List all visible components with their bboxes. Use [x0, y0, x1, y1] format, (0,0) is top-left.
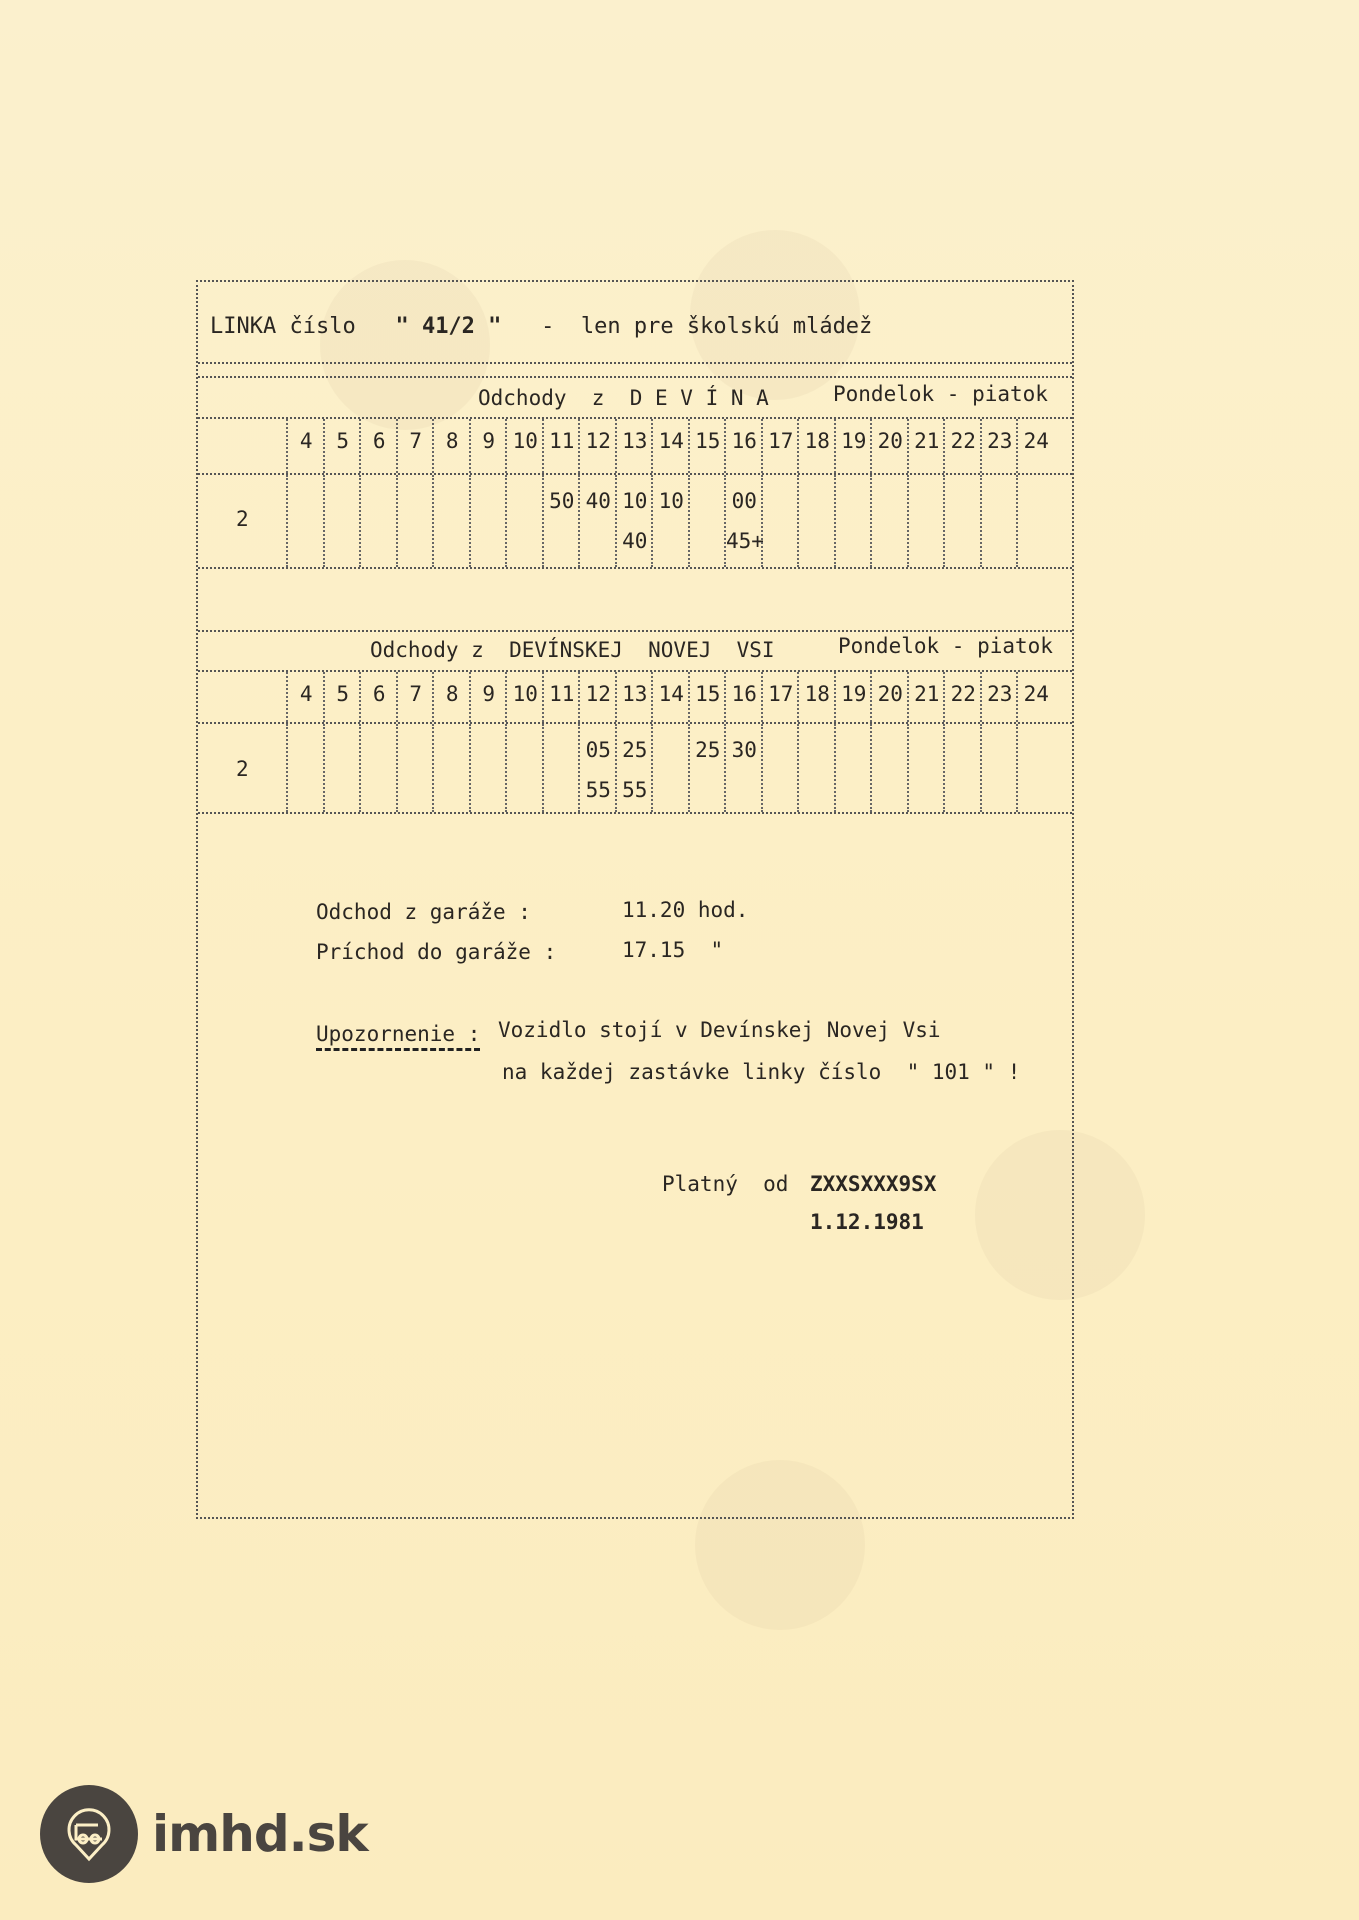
hour-label: 14	[653, 429, 690, 453]
hour-cell-20: 20	[870, 419, 909, 473]
departure-minute: 05	[580, 738, 617, 762]
departure-cell-7	[396, 724, 435, 812]
hour-cell-4: 4	[286, 419, 325, 473]
hour-cell-23: 23	[980, 672, 1019, 722]
hour-cell-5: 5	[323, 419, 362, 473]
table1-departures-row: 50401040100045+	[198, 475, 1072, 567]
hour-cell-17: 17	[761, 419, 800, 473]
departure-cell-8	[432, 724, 471, 812]
hour-label: 22	[945, 429, 982, 453]
departure-cell-5	[323, 724, 362, 812]
hour-label: 17	[763, 429, 800, 453]
notice-line1: Vozidlo stojí v Devínskej Novej Vsi	[498, 1018, 941, 1042]
table2-row-label: 2	[236, 757, 249, 781]
divider	[198, 567, 1072, 569]
departure-cell-7	[396, 475, 435, 567]
hour-label: 20	[872, 429, 909, 453]
divider	[198, 812, 1072, 814]
hour-label: 12	[580, 429, 617, 453]
departure-minute: 45+	[726, 529, 763, 553]
departure-cell-5	[323, 475, 362, 567]
hour-cell-12: 12	[578, 419, 617, 473]
notice-label: Upozornenie :	[316, 1022, 480, 1046]
departure-cell-8	[432, 475, 471, 567]
hour-cell-15: 15	[688, 672, 727, 722]
table2-heading: Odchody z DEVÍNSKEJ NOVEJ VSI	[370, 638, 775, 662]
departure-cell-6	[359, 475, 398, 567]
title-prefix: LINKA číslo	[210, 314, 356, 339]
hour-label: 13	[617, 682, 654, 706]
departure-cell-10	[505, 724, 544, 812]
departure-minute: 25	[690, 738, 727, 762]
hour-label: 6	[361, 429, 398, 453]
departure-minute: 10	[653, 489, 690, 513]
garage-departure-label: Odchod z garáže :	[316, 900, 531, 924]
departure-cell-9	[469, 724, 508, 812]
departure-minute: 40	[580, 489, 617, 513]
departure-minute: 55	[617, 778, 654, 802]
hour-label: 20	[872, 682, 909, 706]
line-number: " 41/2 "	[395, 314, 501, 339]
hour-cell-13: 13	[615, 672, 654, 722]
hour-label: 24	[1018, 682, 1055, 706]
departure-cell-23	[980, 724, 1019, 812]
hour-label: 22	[945, 682, 982, 706]
hour-label: 5	[325, 429, 362, 453]
hour-label: 12	[580, 682, 617, 706]
departure-cell-18	[797, 724, 836, 812]
departure-cell-24	[1016, 724, 1055, 812]
hour-cell-10: 10	[505, 419, 544, 473]
hour-cell-18: 18	[797, 419, 836, 473]
hour-cell-6: 6	[359, 672, 398, 722]
departure-cell-13: 2555	[615, 724, 654, 812]
hour-cell-20: 20	[870, 672, 909, 722]
divider	[198, 376, 1072, 378]
hour-cell-9: 9	[469, 672, 508, 722]
departure-cell-24	[1016, 475, 1055, 567]
hour-label: 23	[982, 682, 1019, 706]
hour-label: 9	[471, 682, 508, 706]
hour-label: 21	[909, 682, 946, 706]
hour-cell-8: 8	[432, 419, 471, 473]
table1-hours-row: 456789101112131415161718192021222324	[198, 419, 1072, 473]
hour-cell-9: 9	[469, 419, 508, 473]
departure-minute: 55	[580, 778, 617, 802]
hour-label: 4	[288, 682, 325, 706]
table2-hours-row: 456789101112131415161718192021222324	[198, 672, 1072, 722]
table2-days: Pondelok - piatok	[838, 634, 1053, 658]
departure-cell-14: 10	[651, 475, 690, 567]
departure-cell-14	[651, 724, 690, 812]
hour-cell-14: 14	[651, 419, 690, 473]
divider	[198, 362, 1072, 364]
garage-departure-value: 11.20 hod.	[622, 898, 748, 922]
hour-cell-14: 14	[651, 672, 690, 722]
hour-label: 6	[361, 682, 398, 706]
departure-cell-12: 0555	[578, 724, 617, 812]
hour-label: 19	[836, 429, 873, 453]
departure-cell-23	[980, 475, 1019, 567]
hour-label: 8	[434, 682, 471, 706]
title-suffix: - len pre školskú mládež	[541, 314, 872, 339]
departure-cell-20	[870, 724, 909, 812]
hour-label: 11	[544, 429, 581, 453]
hour-cell-5: 5	[323, 672, 362, 722]
hour-cell-13: 13	[615, 419, 654, 473]
hour-label: 16	[726, 429, 763, 453]
table1-heading: Odchody z D E V Í N A	[478, 386, 769, 410]
hour-label: 14	[653, 682, 690, 706]
departure-cell-18	[797, 475, 836, 567]
departure-cell-16: 0045+	[724, 475, 763, 567]
table2-departures-row: 055525552530	[198, 724, 1072, 812]
bus-pin-icon	[40, 1785, 138, 1883]
hour-cell-24: 24	[1016, 419, 1055, 473]
hour-cell-16: 16	[724, 419, 763, 473]
hour-label: 21	[909, 429, 946, 453]
departure-cell-21	[907, 475, 946, 567]
departure-minute: 00	[726, 489, 763, 513]
departure-cell-11: 50	[542, 475, 581, 567]
hour-label: 8	[434, 429, 471, 453]
departure-cell-21	[907, 724, 946, 812]
departure-cell-22	[943, 724, 982, 812]
hour-cell-11: 11	[542, 419, 581, 473]
hour-label: 16	[726, 682, 763, 706]
departure-minute: 30	[726, 738, 763, 762]
document-title: LINKA číslo " 41/2 " - len pre školskú m…	[210, 314, 872, 339]
hour-label: 24	[1018, 429, 1055, 453]
hour-label: 15	[690, 429, 727, 453]
hour-cell-21: 21	[907, 672, 946, 722]
departure-cell-15: 25	[688, 724, 727, 812]
hour-cell-8: 8	[432, 672, 471, 722]
imhd-logo[interactable]: imhd.sk	[40, 1785, 368, 1883]
departure-minute: 40	[617, 529, 654, 553]
departure-cell-17	[761, 724, 800, 812]
departure-cell-22	[943, 475, 982, 567]
hour-cell-23: 23	[980, 419, 1019, 473]
departure-cell-15	[688, 475, 727, 567]
departure-minute: 50	[544, 489, 581, 513]
hour-label: 13	[617, 429, 654, 453]
validity-date: 1.12.1981	[810, 1210, 924, 1234]
hour-label: 10	[507, 682, 544, 706]
departure-minute: 25	[617, 738, 654, 762]
table1-days: Pondelok - piatok	[833, 382, 1048, 406]
hour-cell-7: 7	[396, 672, 435, 722]
departure-cell-13: 1040	[615, 475, 654, 567]
hour-cell-22: 22	[943, 419, 982, 473]
notice-label-text: Upozornenie :	[316, 1022, 480, 1051]
hour-cell-19: 19	[834, 419, 873, 473]
departure-cell-11	[542, 724, 581, 812]
hour-label: 9	[471, 429, 508, 453]
departure-cell-6	[359, 724, 398, 812]
departure-cell-4	[286, 475, 325, 567]
hour-cell-17: 17	[761, 672, 800, 722]
hour-cell-15: 15	[688, 419, 727, 473]
hour-label: 11	[544, 682, 581, 706]
hour-label: 5	[325, 682, 362, 706]
hour-cell-16: 16	[724, 672, 763, 722]
hour-label: 17	[763, 682, 800, 706]
hour-cell-21: 21	[907, 419, 946, 473]
departure-cell-17	[761, 475, 800, 567]
hour-cell-22: 22	[943, 672, 982, 722]
hour-cell-24: 24	[1016, 672, 1055, 722]
departure-cell-19	[834, 724, 873, 812]
hour-label: 7	[398, 682, 435, 706]
validity-struck-text: ZXXSXXX9SX	[810, 1172, 936, 1196]
departure-cell-12: 40	[578, 475, 617, 567]
hour-cell-10: 10	[505, 672, 544, 722]
notice-line2: na každej zastávke linky číslo " 101 " !	[502, 1060, 1020, 1084]
divider	[198, 630, 1072, 632]
hour-label: 7	[398, 429, 435, 453]
logo-text: imhd.sk	[152, 1805, 368, 1863]
hour-label: 23	[982, 429, 1019, 453]
hour-label: 18	[799, 429, 836, 453]
hour-cell-4: 4	[286, 672, 325, 722]
hour-cell-19: 19	[834, 672, 873, 722]
departure-cell-4	[286, 724, 325, 812]
hour-label: 10	[507, 429, 544, 453]
hour-cell-7: 7	[396, 419, 435, 473]
garage-arrival-label: Príchod do garáže :	[316, 940, 556, 964]
timetable-frame: LINKA číslo " 41/2 " - len pre školskú m…	[196, 280, 1074, 1519]
hour-cell-11: 11	[542, 672, 581, 722]
departure-minute: 10	[617, 489, 654, 513]
departure-cell-16: 30	[724, 724, 763, 812]
hour-label: 4	[288, 429, 325, 453]
garage-arrival-value: 17.15 "	[622, 938, 723, 962]
hour-label: 19	[836, 682, 873, 706]
departure-cell-10	[505, 475, 544, 567]
validity-label: Platný od	[662, 1172, 788, 1196]
hour-cell-6: 6	[359, 419, 398, 473]
table1-row-label: 2	[236, 507, 249, 531]
hour-cell-12: 12	[578, 672, 617, 722]
departure-cell-20	[870, 475, 909, 567]
hour-cell-18: 18	[797, 672, 836, 722]
departure-cell-19	[834, 475, 873, 567]
hour-label: 18	[799, 682, 836, 706]
departure-cell-9	[469, 475, 508, 567]
hour-label: 15	[690, 682, 727, 706]
